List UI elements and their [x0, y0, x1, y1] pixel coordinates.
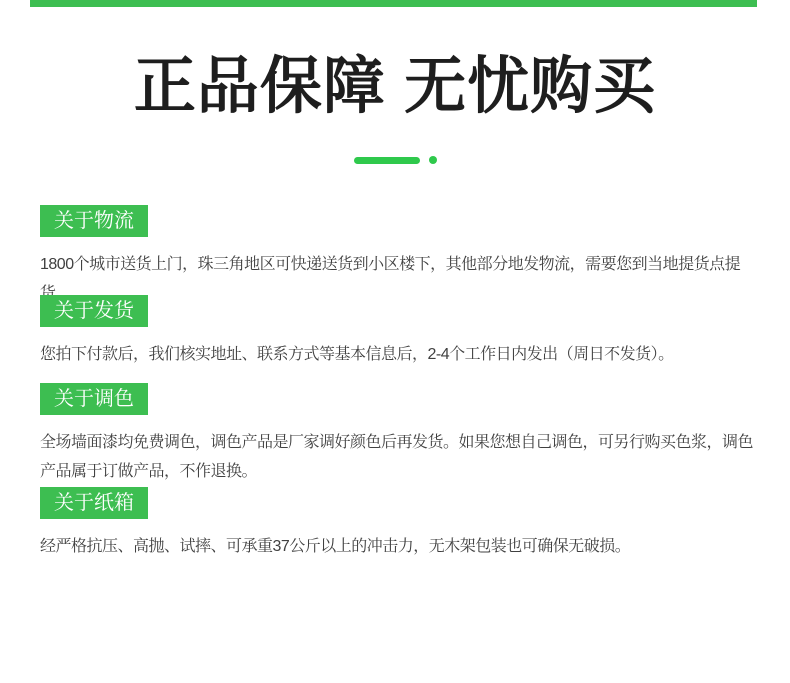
section-label-badge: 关于纸箱 — [40, 487, 148, 519]
info-section: 关于物流 1800个城市送货上门，珠三角地区可快递送货到小区楼下，其他部分地发物… — [40, 205, 757, 308]
section-label-badge: 关于发货 — [40, 295, 148, 327]
info-sections: 关于物流 1800个城市送货上门，珠三角地区可快递送货到小区楼下，其他部分地发物… — [40, 0, 757, 683]
info-section: 关于发货 您拍下付款后，我们核实地址、联系方式等基本信息后，2-4个工作日内发出… — [40, 295, 757, 369]
section-paragraph: 经严格抗压、高抛、试摔、可承重37公斤以上的冲击力，无木架包装也可确保无破损。 — [40, 532, 757, 561]
section-paragraph: 您拍下付款后，我们核实地址、联系方式等基本信息后，2-4个工作日内发出（周日不发… — [40, 340, 757, 369]
section-paragraph: 全场墙面漆均免费调色，调色产品是厂家调好颜色后再发货。如果您想自己调色，可另行购… — [40, 428, 757, 486]
section-label-badge: 关于物流 — [40, 205, 148, 237]
info-section: 关于调色 全场墙面漆均免费调色，调色产品是厂家调好颜色后再发货。如果您想自己调色… — [40, 383, 757, 486]
info-section: 关于纸箱 经严格抗压、高抛、试摔、可承重37公斤以上的冲击力，无木架包装也可确保… — [40, 487, 757, 561]
section-label-badge: 关于调色 — [40, 383, 148, 415]
